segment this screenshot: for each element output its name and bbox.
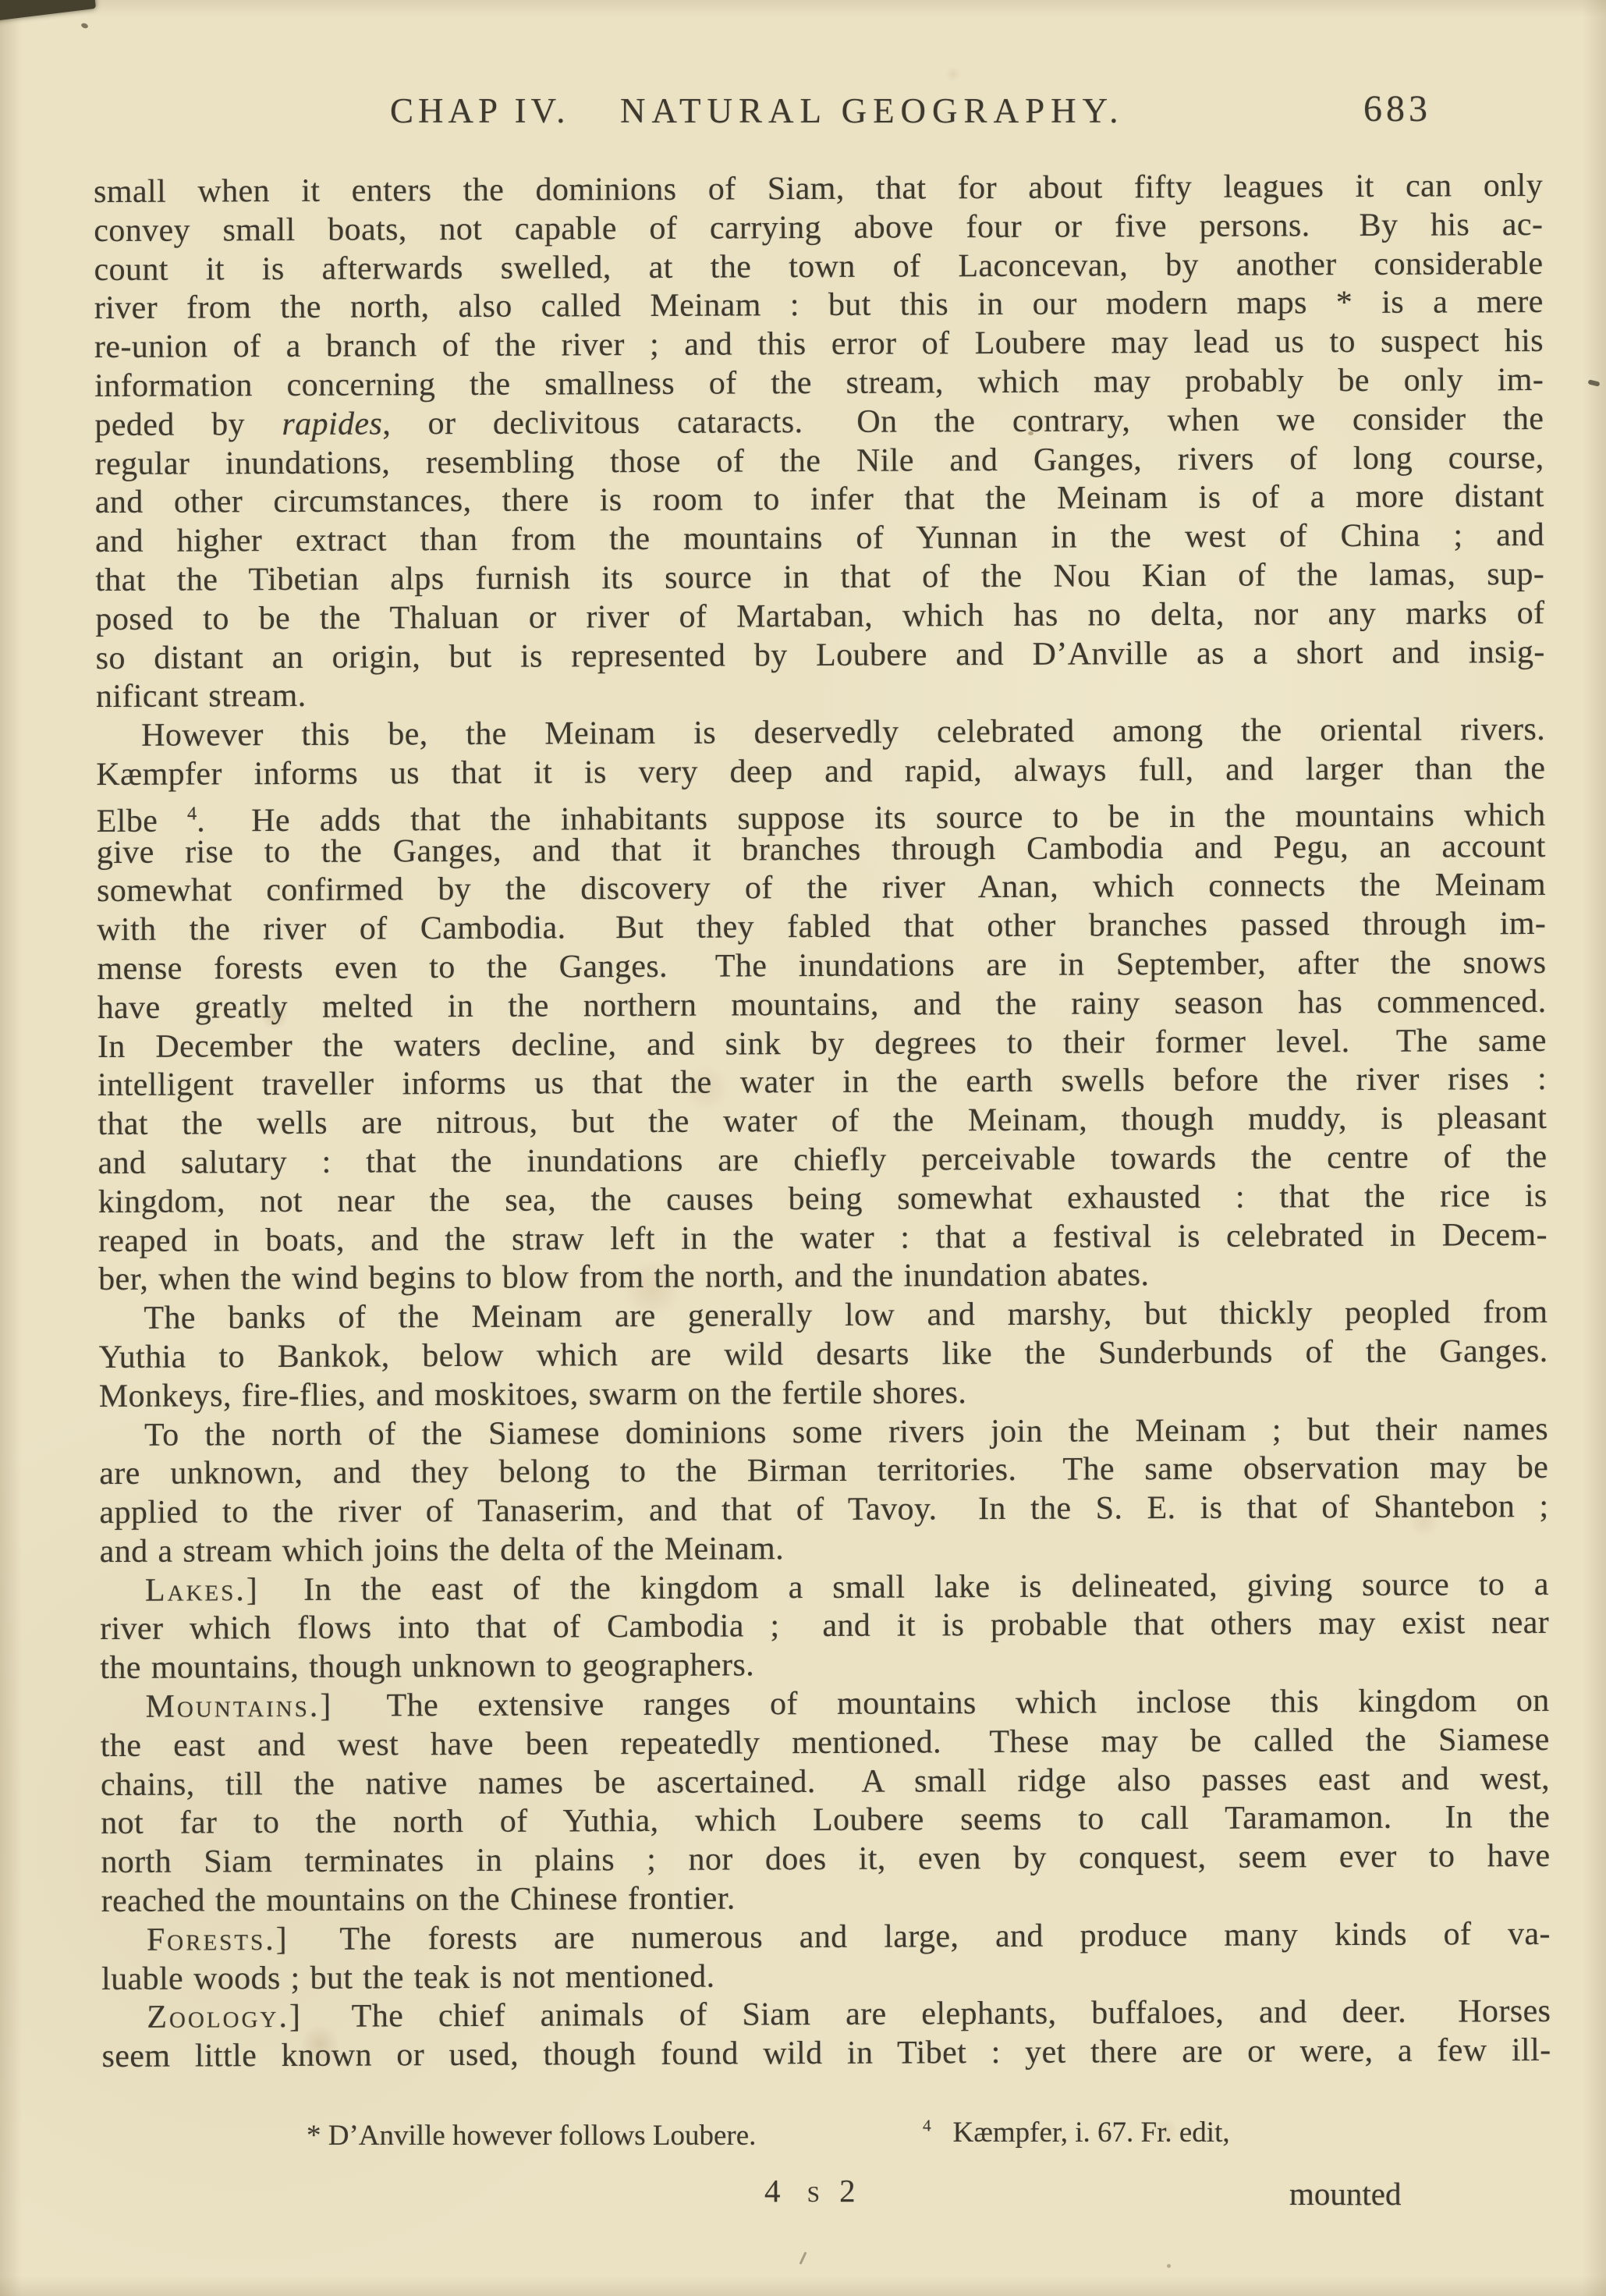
paper-speck: [1167, 2264, 1171, 2268]
text-block: small when it enters the dominions of Si…: [94, 167, 1551, 2077]
text-line: so distant an origin, but is represented…: [96, 633, 1545, 679]
footnote-4: 4 Kæmpfer, i. 67. Fr. edit,: [923, 2116, 1230, 2149]
text-line: However this be, the Meinam is deservedl…: [96, 711, 1545, 756]
text-line: that the Tibetian alps furnish its sourc…: [95, 555, 1544, 601]
paragraph: Zoology.] The chief animals of Siam are …: [101, 1993, 1551, 2077]
text-line: somewhat confirmed by the discovery of t…: [97, 866, 1546, 911]
book-page-scan: CHAP IV. NATURAL GEOGRAPHY. 683 small wh…: [0, 0, 1606, 2296]
catchword: mounted: [1289, 2175, 1401, 2213]
text-line: luable woods ; but the teak is not menti…: [101, 1954, 1551, 2000]
paper-speck: [799, 2252, 807, 2265]
text-line: are unknown, and they belong to the Birm…: [99, 1449, 1548, 1494]
text-line: seem little known or used, though found …: [101, 2032, 1551, 2077]
text-line: not far to the north of Yuthia, which Lo…: [101, 1798, 1550, 1844]
text-line: mense forests even to the Ganges. The in…: [97, 944, 1546, 989]
text-line: ber, when the wind begins to blow from t…: [98, 1254, 1548, 1300]
text-line: with the river of Cambodia. But they fab…: [97, 905, 1546, 950]
paragraph: However this be, the Meinam is deservedl…: [96, 711, 1548, 1300]
text-line: kingdom, not near the sea, the causes be…: [98, 1177, 1548, 1223]
text-line: and salutary : that the inundations are …: [97, 1138, 1547, 1183]
text-line: Elbe 4. He adds that the inhabitants sup…: [96, 789, 1545, 834]
paragraph: Mountains.] The extensive ranges of moun…: [100, 1682, 1550, 1922]
text-line: Mountains.] The extensive ranges of moun…: [100, 1682, 1549, 1727]
footnote-asterisk: * D’Anville however follows Loubere.: [307, 2119, 756, 2152]
paragraph: Forests.] The forests are numerous and l…: [101, 1915, 1551, 2000]
text-line: small when it enters the dominions of Si…: [94, 167, 1543, 212]
text-line: and higher extract than from the mountai…: [95, 516, 1544, 562]
text-line: convey small boats, not capable of carry…: [94, 206, 1543, 251]
text-line: Kæmpfer informs us that it is very deep …: [96, 750, 1545, 795]
paragraph: To the north of the Siamese dominions so…: [99, 1410, 1549, 1571]
text-line: that the wells are nitrous, but the wate…: [97, 1099, 1547, 1144]
text-line: peded by rapides, or declivitous catarac…: [94, 400, 1544, 445]
text-line: posed to be the Thaluan or river of Mart…: [95, 594, 1544, 640]
scan-corner-mark: [0, 0, 96, 21]
text-line: The banks of the Meinam are generally lo…: [98, 1293, 1548, 1339]
paragraph: The banks of the Meinam are generally lo…: [98, 1293, 1548, 1416]
text-line: nificant stream.: [96, 672, 1545, 717]
paper-speck: [1587, 379, 1600, 386]
text-line: and a stream which joins the delta of th…: [100, 1527, 1549, 1572]
text-line: have greatly melted in the northern moun…: [97, 983, 1547, 1028]
text-line: re-union of a branch of the river ; and …: [94, 322, 1544, 367]
running-head-title: NATURAL GEOGRAPHY.: [620, 90, 1125, 131]
text-line: north Siam terminates in plains ; nor do…: [101, 1837, 1550, 1883]
text-line: Lakes.] In the east of the kingdom a sma…: [100, 1566, 1549, 1611]
text-line: Zoology.] The chief animals of Siam are …: [101, 1993, 1551, 2038]
text-line: the east and west have been repeatedly m…: [101, 1721, 1550, 1766]
text-line: river from the north, also called Meinam…: [94, 283, 1544, 328]
text-line: In December the waters decline, and sink…: [97, 1021, 1547, 1066]
text-line: intelligent traveller informs us that th…: [97, 1060, 1547, 1105]
text-line: To the north of the Siamese dominions so…: [99, 1410, 1548, 1455]
text-line: count it is afterwards swelled, at the t…: [94, 245, 1543, 290]
text-line: chains, till the native names be ascerta…: [101, 1760, 1550, 1805]
paragraph: Lakes.] In the east of the kingdom a sma…: [100, 1566, 1550, 1688]
text-line: Forests.] The forests are numerous and l…: [101, 1915, 1551, 1961]
paragraph: small when it enters the dominions of Si…: [94, 167, 1545, 717]
signature-mark: 4 s 2: [764, 2172, 865, 2209]
running-head-chapter: CHAP IV.: [390, 90, 570, 131]
text-line: Yuthia to Bankok, below which are wild d…: [99, 1333, 1548, 1378]
text-line: give rise to the Ganges, and that it bra…: [97, 827, 1546, 872]
text-line: and other circumstances, there is room t…: [95, 477, 1544, 523]
text-line: applied to the river of Tanaserim, and t…: [99, 1488, 1548, 1533]
text-line: reaped in boats, and the straw left in t…: [98, 1215, 1548, 1261]
text-line: regular inundations, resembling those of…: [95, 439, 1544, 484]
text-line: reached the mountains on the Chinese fro…: [101, 1876, 1551, 1922]
text-line: the mountains, though unknown to geograp…: [100, 1643, 1549, 1688]
text-line: river which flows into that of Cambodia …: [100, 1604, 1549, 1649]
text-line: information concerning the smallness of …: [94, 361, 1544, 406]
paper-speck: [80, 23, 89, 30]
page-number: 683: [1363, 87, 1431, 130]
text-line: Monkeys, fire-flies, and moskitoes, swar…: [99, 1372, 1548, 1417]
